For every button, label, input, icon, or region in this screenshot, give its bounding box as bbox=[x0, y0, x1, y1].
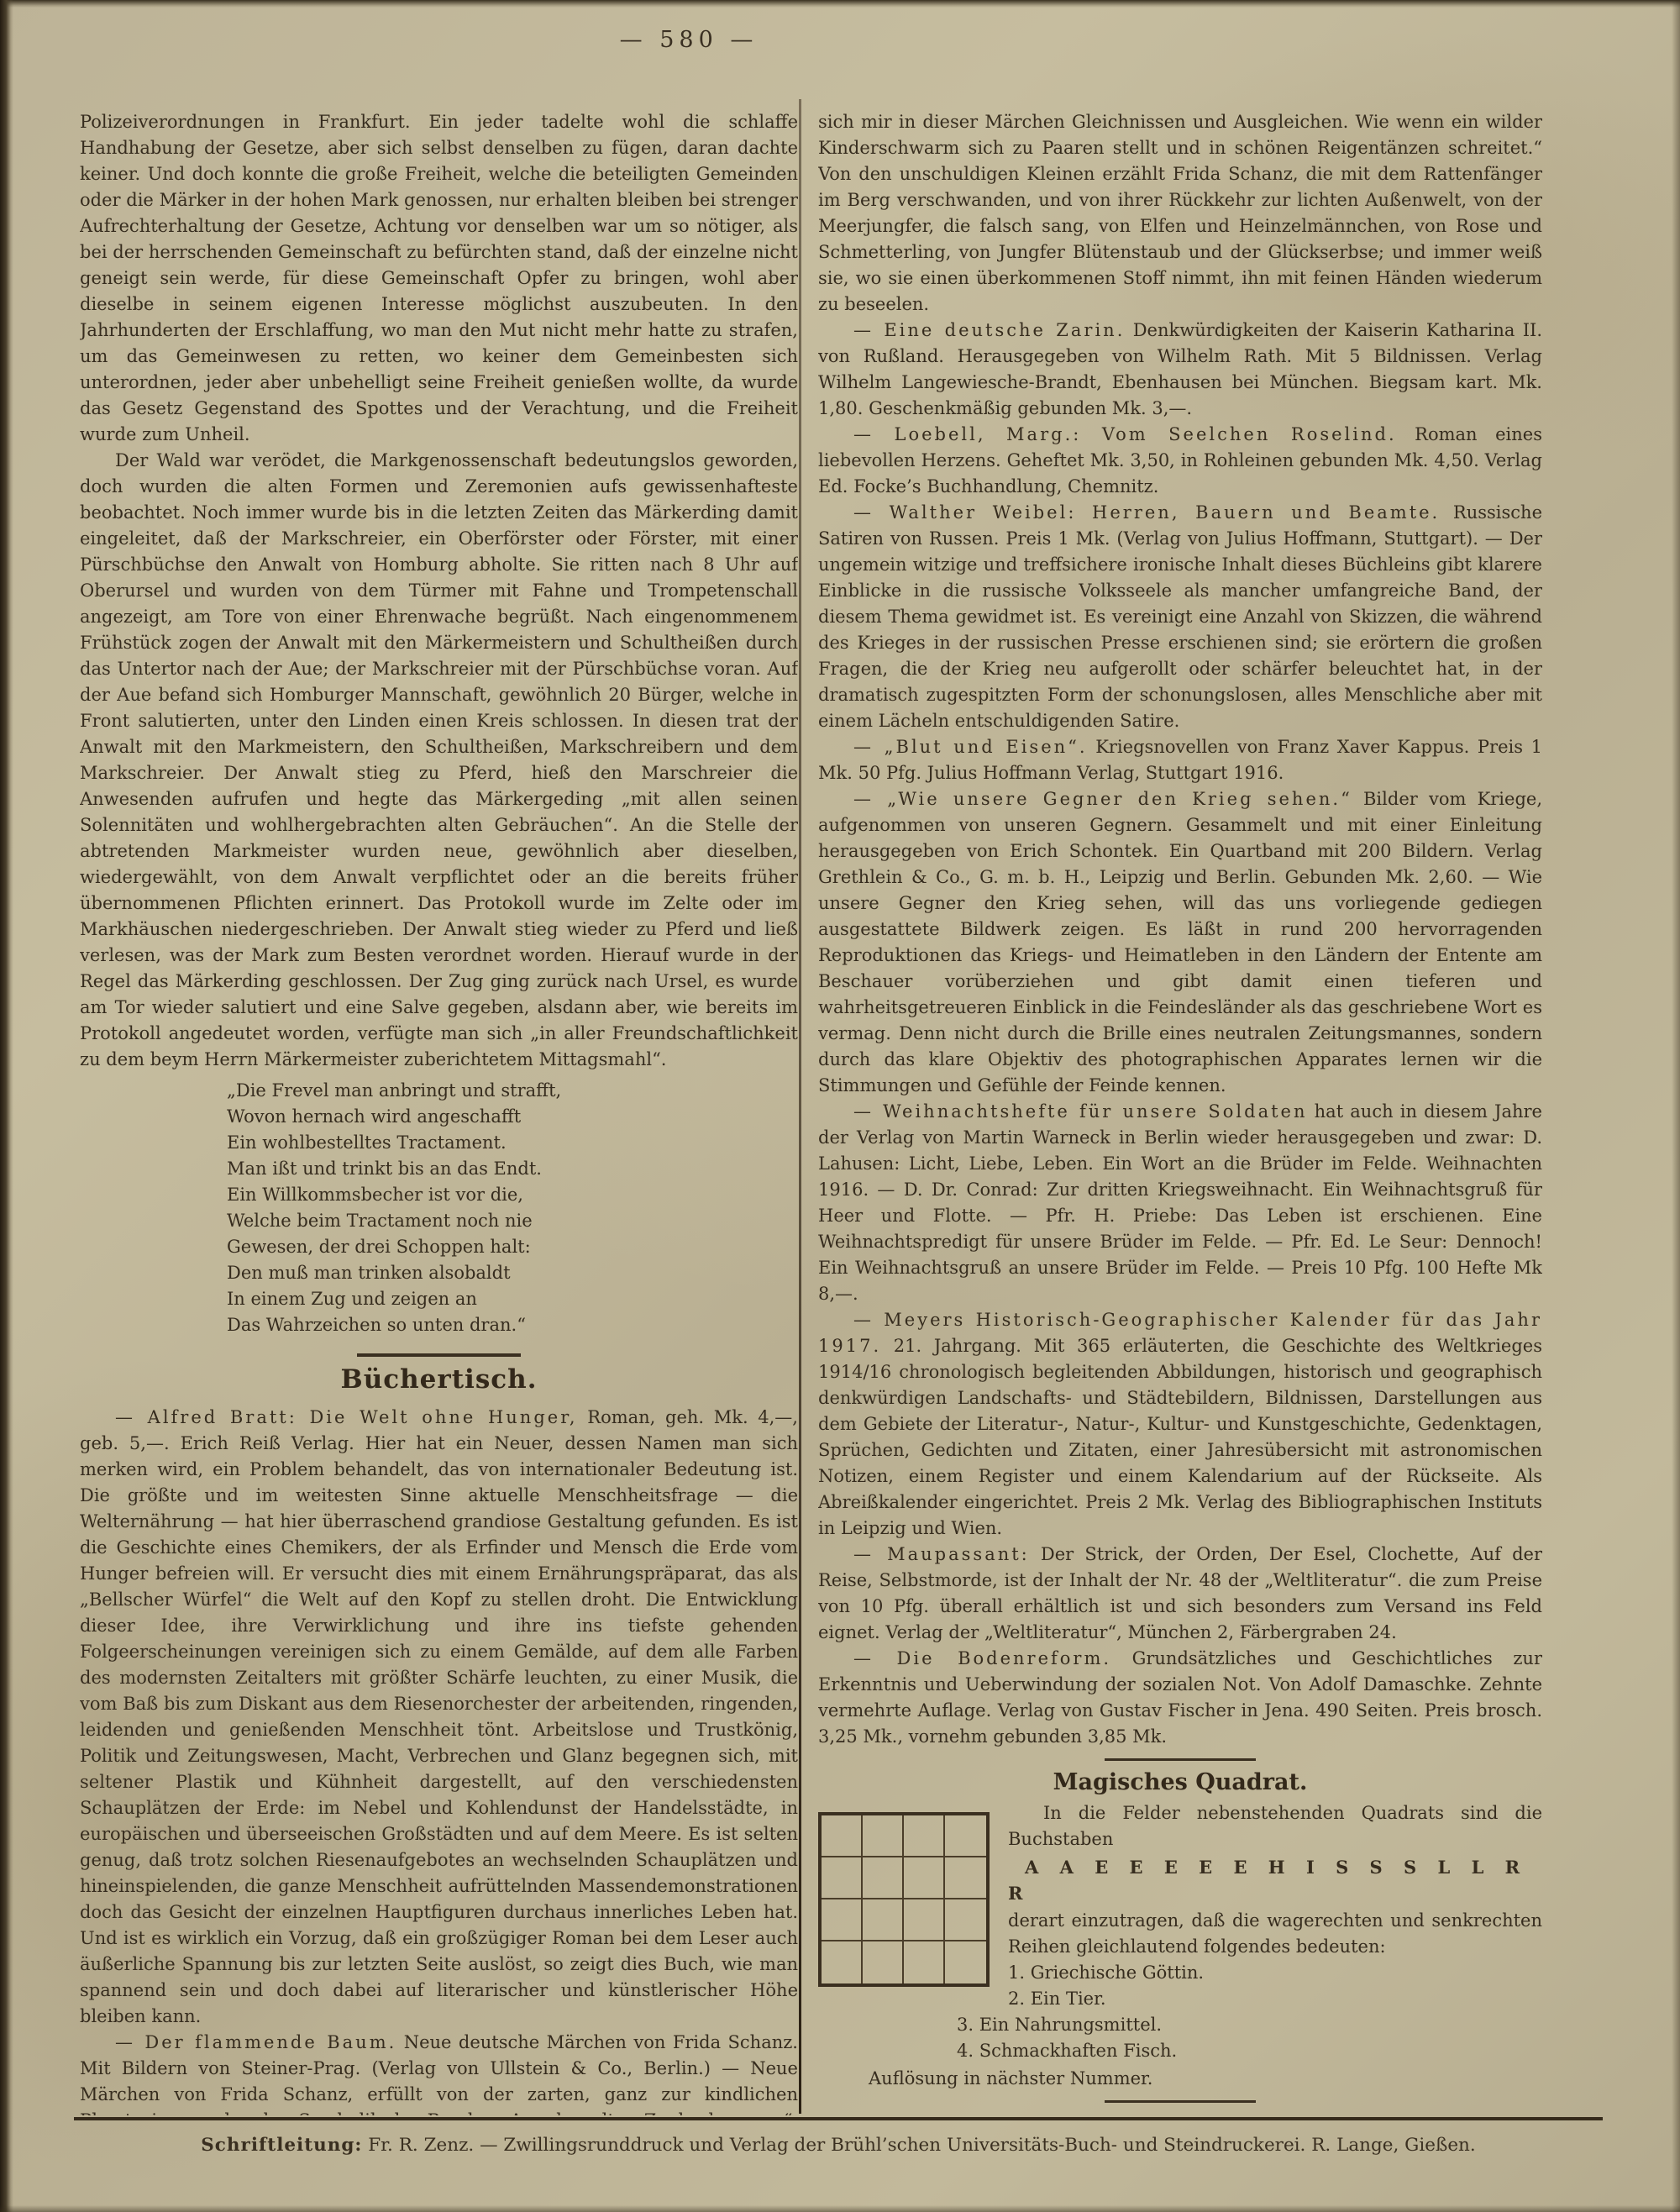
grid-cell bbox=[822, 1815, 863, 1857]
section-title-buechertisch: Büchertisch. bbox=[80, 1367, 798, 1393]
review-lead: — Alfred Bratt: Die Welt ohne Hunger, bbox=[115, 1407, 578, 1427]
grid-cell bbox=[863, 1815, 904, 1857]
puzzle-clue: 2. Ein Tier. bbox=[818, 1986, 1542, 2012]
divider-rule bbox=[1105, 2100, 1256, 2103]
poem: „Die Frevel man anbringt und strafft, Wo… bbox=[227, 1078, 798, 1338]
poem-line: Ein Willkommsbecher ist vor die, bbox=[227, 1182, 798, 1208]
entry-text: Bilder vom Kriege, aufgenommen von unser… bbox=[818, 789, 1542, 1095]
review-text: Roman, geh. Mk. 4,—, geb. 5,—. Erich Rei… bbox=[80, 1407, 798, 2026]
book-entry: — Walther Weibel: Herren, Bauern und Bea… bbox=[818, 500, 1542, 734]
puzzle-section: Magisches Quadrat. In die Felder nebenst… bbox=[818, 1769, 1542, 2092]
charade-heading: Auflösung der Charade in voriger Nummer: bbox=[818, 2115, 1542, 2115]
scan-edge-bottom bbox=[0, 2205, 1680, 2212]
grid-cell bbox=[945, 1815, 986, 1857]
poem-line: Wovon hernach wird angeschafft bbox=[227, 1104, 798, 1130]
puzzle-title: Magisches Quadrat. bbox=[818, 1769, 1542, 1795]
footer-imprint: Schriftleitung: Fr. R. Zenz. — Zwillings… bbox=[74, 2135, 1603, 2156]
scan-edge-top bbox=[0, 0, 1680, 8]
grid-cell bbox=[904, 1815, 945, 1857]
entry-lead: — Weihnachtshefte für unsere Soldaten bbox=[853, 1101, 1307, 1122]
grid-cell bbox=[904, 1857, 945, 1899]
entry-lead: — „Blut und Eisen“. bbox=[853, 737, 1088, 757]
review-continuation: sich mir in dieser Märchen Gleichnissen … bbox=[818, 109, 1542, 318]
grid-cell bbox=[863, 1857, 904, 1899]
poem-line: Welche beim Tractament noch nie bbox=[227, 1208, 798, 1234]
page-number: — 580 — bbox=[580, 27, 798, 53]
puzzle-solution-note: Auflösung in nächster Nummer. bbox=[818, 2066, 1542, 2092]
poem-line: Gewesen, der drei Schoppen halt: bbox=[227, 1234, 798, 1260]
book-entry: — „Blut und Eisen“. Kriegsnovellen von F… bbox=[818, 734, 1542, 786]
book-entry: — „Wie unsere Gegner den Krieg sehen.“ B… bbox=[818, 786, 1542, 1099]
entry-lead: — Die Bodenreform. bbox=[853, 1648, 1111, 1668]
book-entry: — Weihnachtshefte für unsere Soldaten ha… bbox=[818, 1099, 1542, 1307]
grid-cell bbox=[904, 1899, 945, 1941]
grid-cell bbox=[945, 1899, 986, 1941]
grid-cell bbox=[822, 1857, 863, 1899]
right-column: sich mir in dieser Märchen Gleichnissen … bbox=[818, 109, 1542, 2115]
entry-lead: — Loebell, Marg.: Vom Seelchen Roselind. bbox=[853, 424, 1397, 444]
poem-line: In einem Zug und zeigen an bbox=[227, 1286, 798, 1312]
magic-square-grid bbox=[818, 1812, 990, 1987]
entry-text: 21. Jahrgang. Mit 365 erläuterten, die G… bbox=[818, 1336, 1542, 1538]
poem-line: „Die Frevel man anbringt und strafft, bbox=[227, 1078, 798, 1104]
left-column: Polizeiverordnungen in Frankfurt. Ein je… bbox=[80, 109, 798, 2115]
puzzle-clue: 3. Ein Nahrungsmittel. bbox=[818, 2012, 1542, 2038]
grid-cell bbox=[863, 1899, 904, 1941]
divider-rule bbox=[1105, 1758, 1256, 1761]
book-review: — Alfred Bratt: Die Welt ohne Hunger, Ro… bbox=[80, 1405, 798, 2030]
footer-label: Schriftleitung: bbox=[201, 2135, 362, 2156]
column-divider bbox=[799, 99, 801, 2114]
article-paragraph: Der Wald war verödet, die Markgenossensc… bbox=[80, 448, 798, 1073]
grid-cell bbox=[904, 1941, 945, 1983]
grid-cell bbox=[945, 1941, 986, 1983]
scanned-newspaper-page: — 580 — Polizeiverordnungen in Frankfurt… bbox=[0, 0, 1680, 2212]
footer-text: Fr. R. Zenz. — Zwillingsrunddruck und Ve… bbox=[362, 2135, 1475, 2156]
grid-cell bbox=[863, 1941, 904, 1983]
entry-lead: — „Wie unsere Gegner den Krieg sehen.“ bbox=[853, 789, 1352, 809]
book-entry: — Maupassant: Der Strick, der Orden, Der… bbox=[818, 1542, 1542, 1646]
puzzle-clue: 4. Schmackhaften Fisch. bbox=[818, 2038, 1542, 2064]
review-lead: — Der flammende Baum. bbox=[115, 2032, 396, 2052]
book-review: — Der flammende Baum. Neue deutsche Märc… bbox=[80, 2030, 798, 2115]
poem-line: Man ißt und trinkt bis an das Endt. bbox=[227, 1156, 798, 1182]
entry-text: Russische Satiren von Russen. Preis 1 Mk… bbox=[818, 502, 1542, 731]
entry-text: hat auch in diesem Jahre der Verlag von … bbox=[818, 1101, 1542, 1304]
entry-lead: — Eine deutsche Zarin. bbox=[853, 320, 1125, 340]
book-entry: — Loebell, Marg.: Vom Seelchen Roselind.… bbox=[818, 422, 1542, 500]
book-entry: — Die Bodenreform. Grundsätzliches und G… bbox=[818, 1646, 1542, 1750]
charade-section: Auflösung der Charade in voriger Nummer:… bbox=[818, 2115, 1542, 2115]
grid-cell bbox=[822, 1899, 863, 1941]
entry-lead: — Maupassant: bbox=[853, 1544, 1030, 1564]
grid-cell bbox=[945, 1857, 986, 1899]
entry-lead: — Walther Weibel: Herren, Bauern und Bea… bbox=[853, 502, 1440, 523]
scan-edge-right bbox=[1672, 0, 1680, 2212]
poem-line: Den muß man trinken alsobaldt bbox=[227, 1260, 798, 1286]
poem-line: Das Wahrzeichen so unten dran.“ bbox=[227, 1312, 798, 1338]
article-continuation: Polizeiverordnungen in Frankfurt. Ein je… bbox=[80, 109, 798, 448]
grid-cell bbox=[822, 1941, 863, 1983]
section-divider-rule bbox=[357, 1353, 521, 1357]
book-entry: — Eine deutsche Zarin. Denkwürdigkeiten … bbox=[818, 318, 1542, 422]
scan-edge-left bbox=[0, 0, 13, 2212]
book-entry: — Meyers Historisch-Geographischer Kalen… bbox=[818, 1307, 1542, 1542]
poem-line: Ein wohlbestelltes Tractament. bbox=[227, 1130, 798, 1156]
footer-rule bbox=[74, 2117, 1603, 2120]
